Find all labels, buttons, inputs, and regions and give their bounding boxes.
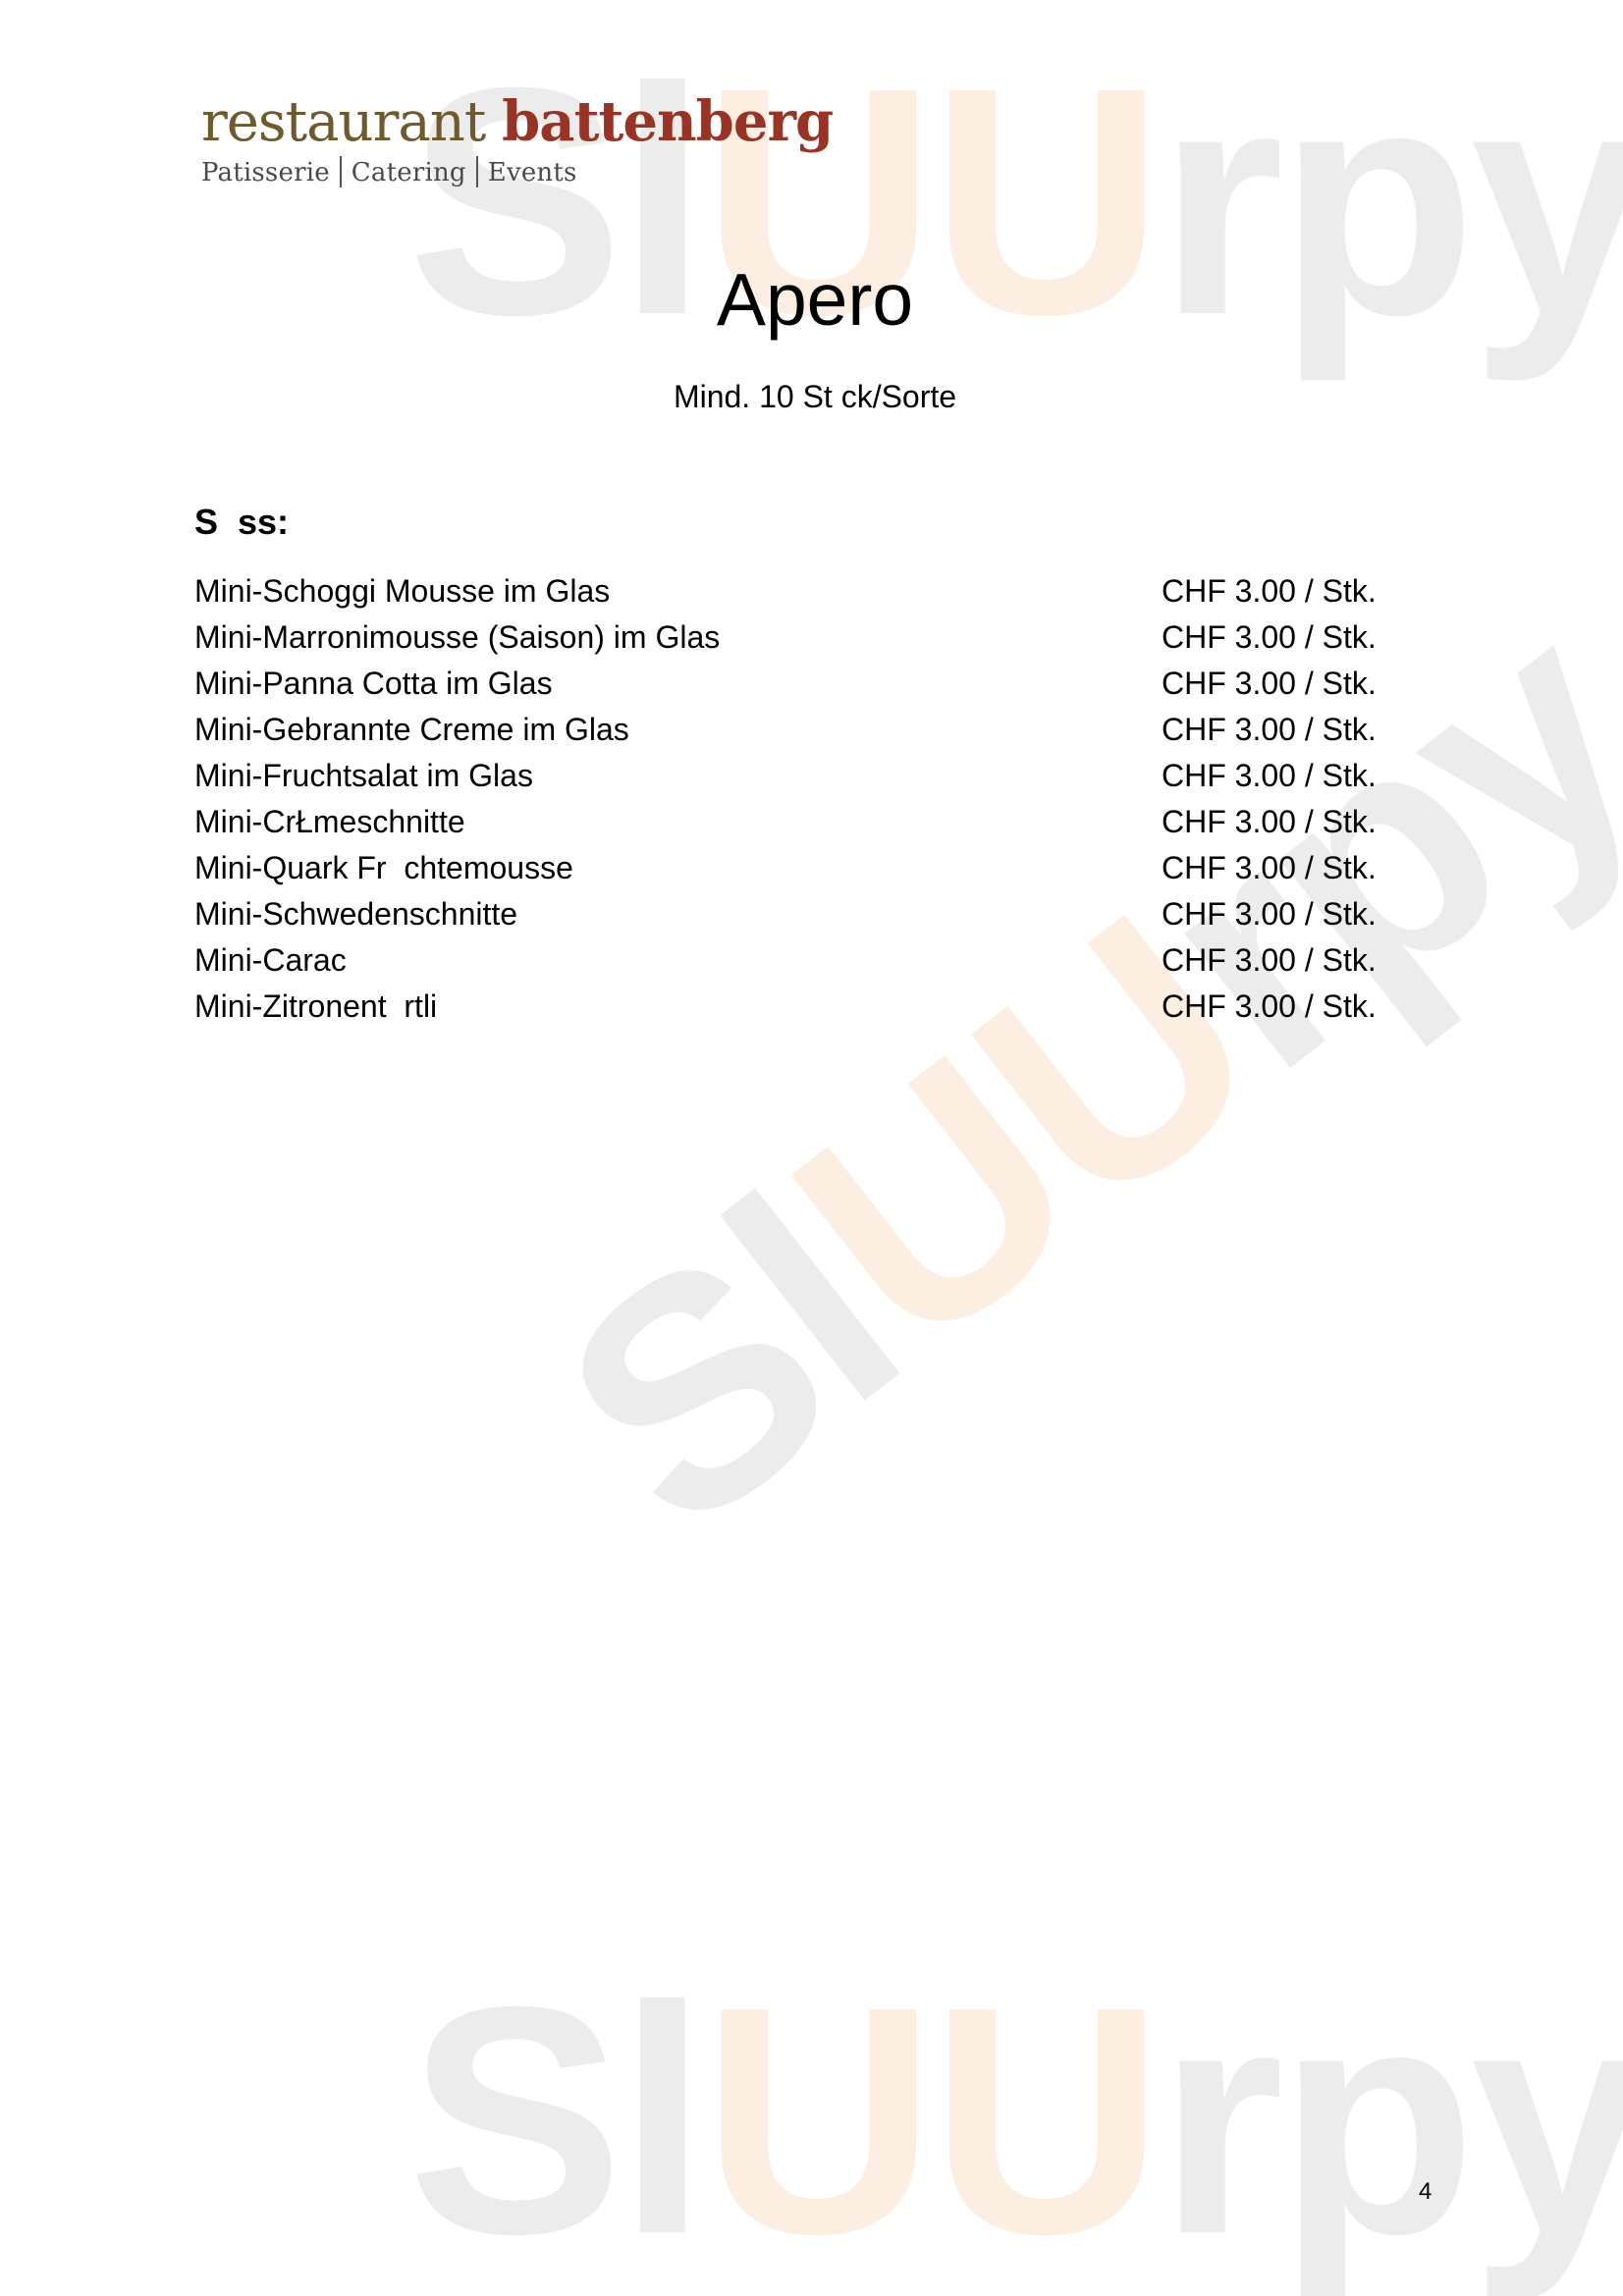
watermark-text: rpy [1158,1939,1623,2296]
watermark-logo: SlUUrpy [407,1958,1623,2282]
menu-item-price: CHF 3.00 / Stk. [1162,985,1377,1028]
page-number: 4 [1419,2177,1432,2207]
menu-item-name: Mini-Zitronent rtli [194,985,437,1028]
menu-item: Mini-SchwedenschnitteCHF 3.00 / Stk. [194,892,1392,938]
menu-item-price: CHF 3.00 / Stk. [1162,569,1377,613]
menu-item: Mini-CaracCHF 3.00 / Stk. [194,938,1392,985]
menu-item-name: Mini-Marronimousse (Saison) im Glas [194,615,720,659]
menu-item-name: Mini-Panna Cotta im Glas [194,662,553,705]
menu-item-price: CHF 3.00 / Stk. [1162,938,1377,982]
menu-item-name: Mini-Quark Fr chtemousse [194,846,573,889]
tagline-events: Events [488,158,577,187]
section-heading: S ss: [194,501,289,544]
menu-item-price: CHF 3.00 / Stk. [1162,708,1377,751]
logo-wordmark: restaurant battenberg [201,90,833,154]
menu-item-name: Mini-Carac [194,938,347,982]
menu-item-price: CHF 3.00 / Stk. [1162,892,1377,935]
menu-item-name: Mini-Schoggi Mousse im Glas [194,569,610,613]
tagline-divider [340,156,342,187]
tagline-patisserie: Patisserie [201,158,330,187]
menu-item-price: CHF 3.00 / Stk. [1162,662,1377,705]
menu-item: Mini-Schoggi Mousse im GlasCHF 3.00 / St… [194,569,1392,615]
menu-item: Mini-Fruchtsalat im GlasCHF 3.00 / Stk. [194,754,1392,800]
restaurant-logo: restaurant battenberg PatisserieCatering… [201,90,833,187]
menu-item-price: CHF 3.00 / Stk. [1162,615,1377,659]
menu-item-price: CHF 3.00 / Stk. [1162,754,1377,797]
menu-item-name: Mini-Schwedenschnitte [194,892,517,935]
watermark-text: Sl [407,1939,702,2296]
logo-word-battenberg: battenberg [502,89,833,154]
tagline-divider [476,156,478,187]
menu-item: Mini-Quark Fr chtemousseCHF 3.00 / Stk. [194,846,1392,892]
menu-item: Mini-Marronimousse (Saison) im GlasCHF 3… [194,615,1392,662]
menu-item: Mini-CrŁmeschnitteCHF 3.00 / Stk. [194,800,1392,846]
menu-item-price: CHF 3.00 / Stk. [1162,846,1377,889]
menu-item: Mini-Gebrannte Creme im GlasCHF 3.00 / S… [194,708,1392,754]
menu-list: Mini-Schoggi Mousse im GlasCHF 3.00 / St… [194,569,1392,1031]
watermark-text: Sl [501,1132,955,1598]
menu-item-name: Mini-Gebrannte Creme im Glas [194,708,629,751]
watermark-text: UU [702,1939,1159,2296]
tagline-catering: Catering [352,158,466,187]
page-subtitle: Mind. 10 St ck/Sorte [0,377,1623,416]
logo-word-restaurant: restaurant [201,90,502,154]
menu-item: Mini-Panna Cotta im GlasCHF 3.00 / Stk. [194,662,1392,708]
menu-item-name: Mini-Fruchtsalat im Glas [194,754,533,797]
page-title: Apero [0,257,1623,342]
menu-item-price: CHF 3.00 / Stk. [1162,800,1377,843]
menu-item-name: Mini-CrŁmeschnitte [194,800,465,843]
menu-item: Mini-Zitronent rtliCHF 3.00 / Stk. [194,985,1392,1031]
logo-tagline: PatisserieCateringEvents [201,156,833,187]
